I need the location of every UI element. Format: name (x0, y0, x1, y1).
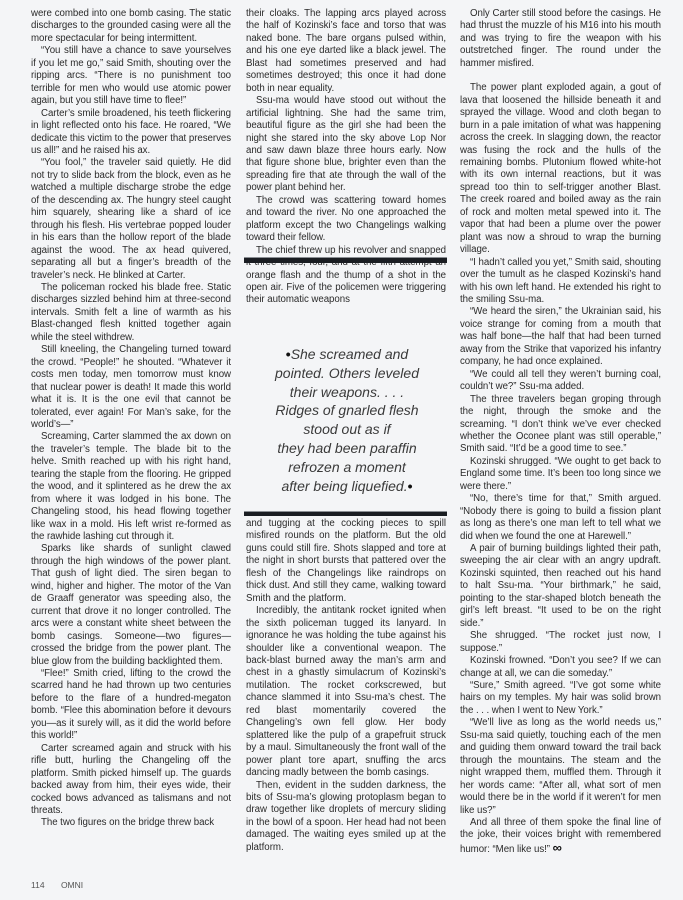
pull-quote-line: their weapons. . . . (290, 384, 404, 400)
pull-quote-line: refrozen a moment (288, 459, 406, 475)
paragraph: Only Carter still stood before the casin… (460, 8, 661, 70)
paragraph: Still kneeling, the Changeling turned to… (31, 344, 231, 431)
paragraph: Ssu-ma would have stood out without the … (246, 95, 446, 195)
text-column-2-bottom: and tugging at the cocking pieces to spi… (246, 518, 446, 854)
paragraph: “You fool,” the traveler said quietly. H… (31, 157, 231, 282)
final-paragraph-text: And all three of them spoke the final li… (460, 817, 661, 855)
paragraph: Incredibly, the antitank rocket ignited … (246, 605, 446, 779)
paragraph: and tugging at the cocking pieces to spi… (246, 518, 446, 605)
pull-quote-top-rule (244, 257, 447, 263)
pull-quote-line: Ridges of gnarled flesh (275, 402, 418, 418)
paragraph: Carter’s smile broadened, his teeth flic… (31, 108, 231, 158)
paragraph: The power plant exploded again, a gout o… (460, 82, 661, 256)
paragraph: Then, evident in the sudden darkness, th… (246, 780, 446, 855)
close-quote-mark-icon: • (408, 478, 413, 494)
paragraph: their cloaks. The lapping arcs played ac… (246, 8, 446, 95)
paragraph: Screaming, Carter slammed the ax down on… (31, 431, 231, 543)
paragraph: Kozinski frowned. “Don’t you see? If we … (460, 655, 661, 680)
pull-quote: •She screamed and pointed. Others levele… (246, 345, 448, 495)
paragraph: “I hadn’t called you yet,” Smith said, s… (460, 257, 661, 307)
page-folio: 114 OMNI (31, 880, 97, 890)
paragraph: “We could all tell they weren’t burning … (460, 369, 661, 394)
pull-quote-line: after being liquefied. (282, 478, 408, 494)
paragraph: The two figures on the bridge threw back (31, 817, 231, 829)
paragraph: “You still have a chance to save yoursel… (31, 45, 231, 107)
paragraph: were combed into one bomb casing. The st… (31, 8, 231, 45)
paragraph: The policeman rocked his blade free. Sta… (31, 282, 231, 344)
pull-quote-line: they had been paraffin (277, 440, 416, 456)
paragraph: The three travelers began groping throug… (460, 394, 661, 456)
paragraph: “We heard the siren,” the Ukrainian said… (460, 306, 661, 368)
text-column-1: were combed into one bomb casing. The st… (31, 8, 231, 830)
pull-quote-line: pointed. Others leveled (275, 365, 419, 381)
pull-quote-line: stood out as if (303, 421, 390, 437)
paragraph: And all three of them spoke the final li… (460, 817, 661, 856)
page-number: 114 (31, 880, 45, 890)
paragraph: Kozinski shrugged. “We ought to get back… (460, 456, 661, 493)
paragraph: The crowd was scattering toward homes an… (246, 195, 446, 245)
pull-quote-bottom-rule (244, 511, 447, 516)
end-of-story-infinity-icon: ∞ (553, 840, 560, 855)
paragraph: “We’ll live as long as the world needs u… (460, 717, 661, 817)
paragraph: Carter screamed again and struck with hi… (31, 743, 231, 818)
paragraph: A pair of burning buildings lighted thei… (460, 543, 661, 630)
paragraph: Sparks like shards of sunlight clawed th… (31, 543, 231, 668)
pull-quote-line: She screamed and (291, 346, 409, 362)
paragraph: “No, there’s time for that,” Smith argue… (460, 493, 661, 543)
magazine-name: OMNI (61, 880, 83, 890)
paragraph: “Flee!” Smith cried, lifting to the crow… (31, 668, 231, 743)
paragraph: She shrugged. “The rocket just now, I su… (460, 630, 661, 655)
paragraph: “Sure,” Smith agreed. “I’ve got some whi… (460, 680, 661, 717)
paragraph: The chief threw up his revolver and snap… (246, 245, 446, 307)
text-column-3: Only Carter still stood before the casin… (460, 8, 661, 856)
